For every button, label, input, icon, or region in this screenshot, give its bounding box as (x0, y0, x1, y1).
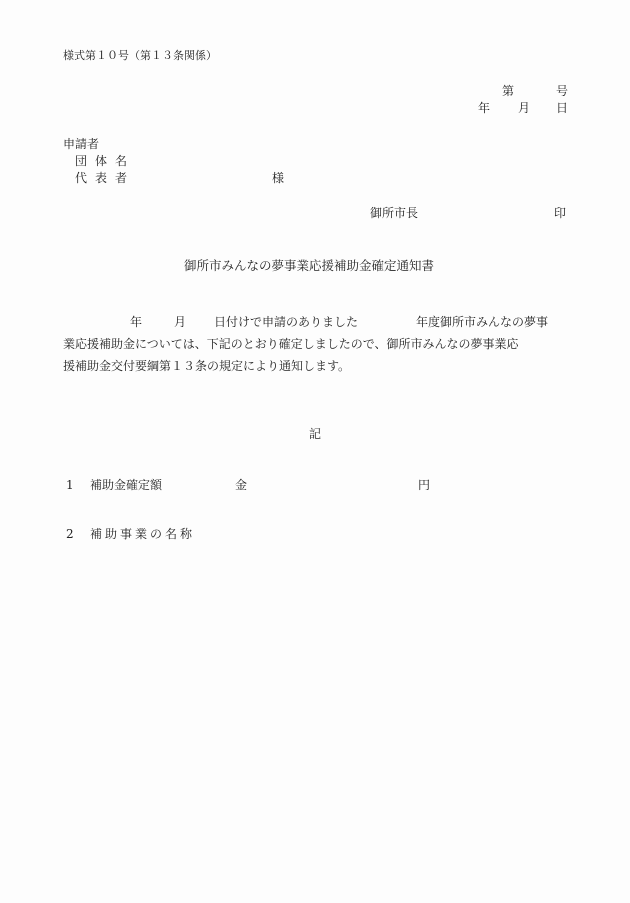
date-year: 年 (478, 102, 490, 114)
body-month: 月 (174, 315, 186, 329)
item-1-amount-suffix: 円 (418, 479, 430, 491)
body-text-b: 年度御所市みんなの夢事 (416, 315, 548, 329)
issue-number-suffix: 号 (556, 85, 568, 97)
item-2-label: 補助事業の名称 (90, 528, 195, 540)
honorific: 様 (272, 172, 284, 184)
ki-heading: 記 (309, 428, 321, 440)
org-name-label: 団体名 (75, 155, 135, 167)
body-line-1: 年月日付けで申請のありました年度御所市みんなの夢事 (63, 311, 579, 333)
issue-number-prefix: 第 (502, 85, 514, 97)
body-line-2: 業応援補助金については、下記のとおり確定しましたので、御所市みんなの夢事業応 (63, 333, 579, 355)
representative-label: 代表者 (75, 172, 135, 184)
applicant-heading: 申請者 (63, 138, 99, 150)
form-id: 様式第１０号（第１３条関係） (63, 50, 217, 61)
date-month: 月 (518, 102, 530, 114)
seal-mark: 印 (554, 207, 566, 219)
document-title: 御所市みんなの夢事業応援補助金確定通知書 (184, 260, 434, 273)
date-day: 日 (556, 102, 568, 114)
item-1-amount-prefix: 金 (235, 479, 247, 491)
item-2-number: 2 (66, 528, 74, 540)
item-1-number: 1 (66, 479, 74, 491)
body-year: 年 (130, 315, 142, 329)
issuer-name: 御所市長 (370, 207, 418, 219)
item-1-label: 補助金確定額 (90, 479, 162, 491)
body-paragraph: 年月日付けで申請のありました年度御所市みんなの夢事 業応援補助金については、下記… (63, 311, 579, 377)
body-line-3: 援補助金交付要綱第１３条の規定により通知します。 (63, 355, 579, 377)
body-text-a: 日付けで申請のありました (214, 315, 358, 329)
